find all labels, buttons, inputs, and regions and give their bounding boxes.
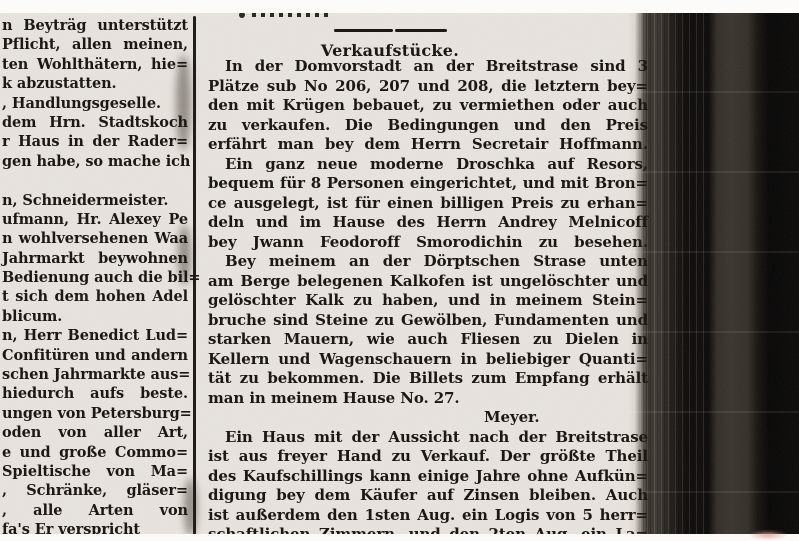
text-line: Spieltische von Ma= bbox=[2, 462, 188, 481]
text-line: Bedienung auch die bil= bbox=[2, 268, 188, 287]
scanner-edge-top bbox=[0, 0, 799, 13]
text-line: starken Mauern, wie auch Fliesen zu Diel… bbox=[208, 330, 648, 350]
text-line: bey Jwann Feodoroff Smorodichin zu beseh… bbox=[208, 233, 648, 253]
text-line: Plätze sub No 206, 207 und 208, die letz… bbox=[208, 77, 648, 97]
text-line: bruche sind Steine zu Gewölben, Fundamen… bbox=[208, 311, 648, 331]
text-line: den mit Krügen bebauet, zu vermiethen od… bbox=[208, 96, 648, 116]
text-line: zu verkaufen. Die Bedingungen und den Pr… bbox=[208, 116, 648, 136]
text-line: Bey meinem an der Dörptschen Strase unte… bbox=[208, 252, 648, 272]
text-line: dem Hrn. Stadtskoch bbox=[2, 113, 188, 132]
binding-scanlines bbox=[628, 13, 799, 535]
signature: Meyer. bbox=[208, 408, 648, 428]
scan-artifact-smudge bbox=[748, 530, 788, 540]
text-line: blicum. bbox=[2, 307, 188, 326]
text-line: r Haus in der Rader= bbox=[2, 132, 188, 151]
text-line: Confitüren und andern bbox=[2, 346, 188, 365]
text-line: deln und im Hause des Herrn Andrey Melni… bbox=[208, 213, 648, 233]
text-line: t sich dem hohen Adel bbox=[2, 287, 188, 306]
text-line: ten Wohlthätern, hie= bbox=[2, 55, 188, 74]
text-line: Ein Haus mit der Aussicht nach der Breit… bbox=[208, 428, 648, 448]
scanner-edge-bottom bbox=[0, 534, 799, 541]
text-line: ungen von Petersburg= bbox=[2, 404, 188, 423]
text-line: oden von aller Art, bbox=[2, 423, 188, 442]
text-line: e und große Commo= bbox=[2, 443, 188, 462]
text-line: bequem für 8 Personen eingerichtet, und … bbox=[208, 174, 648, 194]
cut-text-fragments bbox=[252, 13, 332, 17]
text-line: ist außerdem den 1sten Aug. ein Logis vo… bbox=[208, 506, 648, 526]
text-line: k abzustatten. bbox=[2, 74, 188, 93]
text-line: des Kaufschillings kann einige Jahre ohn… bbox=[208, 467, 648, 487]
text-line: , alle Arten von bbox=[2, 501, 188, 520]
heading-rule-left bbox=[334, 29, 393, 32]
heading-rule-right bbox=[395, 29, 447, 32]
text-line: In der Domvorstadt an der Breitstrase si… bbox=[208, 57, 648, 77]
text-line: ce ausgelegt, ist für einen billigen Pre… bbox=[208, 194, 648, 214]
text-line: hiedurch aufs beste. bbox=[2, 384, 188, 403]
text-line: gelöschter Kalk zu haben, und in meinem … bbox=[208, 291, 648, 311]
text-line: Jahrmarkt beywohnen bbox=[2, 249, 188, 268]
text-line: erfährt man bey dem Herrn Secretair Hoff… bbox=[208, 135, 648, 155]
text-line: n Beyträg unterstützt bbox=[2, 16, 188, 35]
text-line: tät zu bekommen. Die Billets zum Empfang… bbox=[208, 369, 648, 389]
text-line: man in meinem Hause No. 27. bbox=[208, 389, 648, 409]
text-line: Kellern und Wagenschauern in beliebiger … bbox=[208, 350, 648, 370]
faded-bleedthrough-line bbox=[2, 171, 188, 190]
text-line: Pflicht, allen meinen, bbox=[2, 35, 188, 54]
text-line: ufmann, Hr. Alexey Pe bbox=[2, 210, 188, 229]
text-line: am Berge belegenen Kalkofen ist ungelösc… bbox=[208, 272, 648, 292]
text-line: n, Schneidermeister. bbox=[2, 191, 188, 210]
text-line: Ein ganz neue moderne Droschka auf Resor… bbox=[208, 155, 648, 175]
text-line: gen habe, so mache ich bbox=[2, 152, 188, 171]
left-column: n Beyträg unterstützt Pflicht, allen mei… bbox=[2, 16, 188, 540]
text-line: n wohlversehenen Waa bbox=[2, 229, 188, 248]
text-line: n, Herr Benedict Lud= bbox=[2, 326, 188, 345]
text-line: ist aus freyer Hand zu Verkauf. Der größ… bbox=[208, 447, 648, 467]
text-line: , Schränke, gläser= bbox=[2, 481, 188, 500]
text-line: , Handlungsgeselle. bbox=[2, 94, 188, 113]
right-column: In der Domvorstadt an der Breitstrase si… bbox=[208, 57, 648, 541]
text-line: schen Jahrmarkte aus= bbox=[2, 365, 188, 384]
text-line: digung bey dem Käufer auf Zinsen bleiben… bbox=[208, 486, 648, 506]
